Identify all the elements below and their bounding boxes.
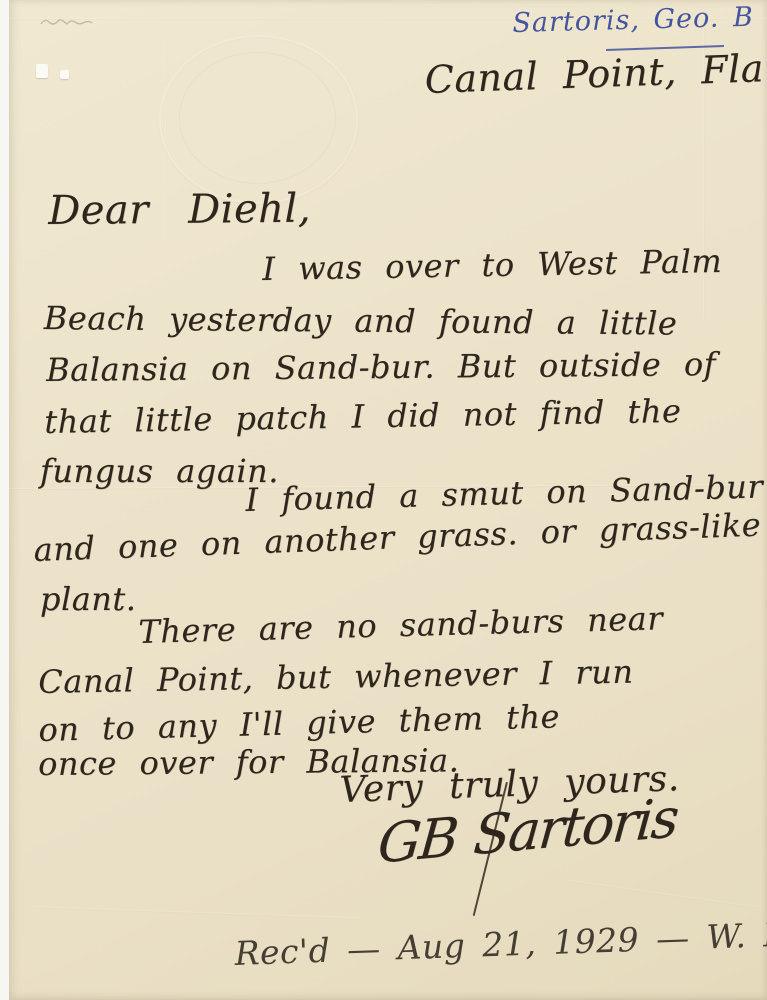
wrinkle-crease xyxy=(29,906,359,920)
letter-line: I was over to West Palm xyxy=(262,242,722,288)
letter-line: fungus again. xyxy=(40,452,279,490)
salutation: Dear Diehl, xyxy=(48,186,311,234)
letter-line: plant. xyxy=(40,580,136,618)
received-annotation: Rec'd — Aug 21, 1929 — W. Diehl xyxy=(234,912,767,973)
filing-annotation: Sartoris, Geo. B xyxy=(512,2,754,39)
embossed-seal-inner-ring xyxy=(179,52,336,184)
letter-line: Canal Point, but whenever I run xyxy=(38,653,634,701)
letter-paper: Sartoris, Geo. B Canal Point, Fla. Dear … xyxy=(9,0,767,1000)
wrinkle-crease xyxy=(569,880,757,908)
letter-line: Balansia on Sand-bur. But outside of xyxy=(46,345,716,389)
letter-line: on to any I'll give them the xyxy=(38,697,560,749)
place-line: Canal Point, Fla. xyxy=(424,46,767,102)
letter-line: that little patch I did not find the xyxy=(44,392,682,441)
letter-line: and one on another grass. or grass-like xyxy=(33,506,762,569)
paper-damage-speck xyxy=(60,70,69,79)
letter-line: Beach yesterday and found a little xyxy=(44,299,678,343)
embossed-seal-watermark xyxy=(159,35,358,204)
letter-line: There are no sand-burs near xyxy=(138,599,663,651)
pencil-scribble xyxy=(39,12,99,32)
scan-background: { "document": { "kind": "scanned handwri… xyxy=(0,0,767,1000)
paper-damage-speck xyxy=(36,64,48,78)
